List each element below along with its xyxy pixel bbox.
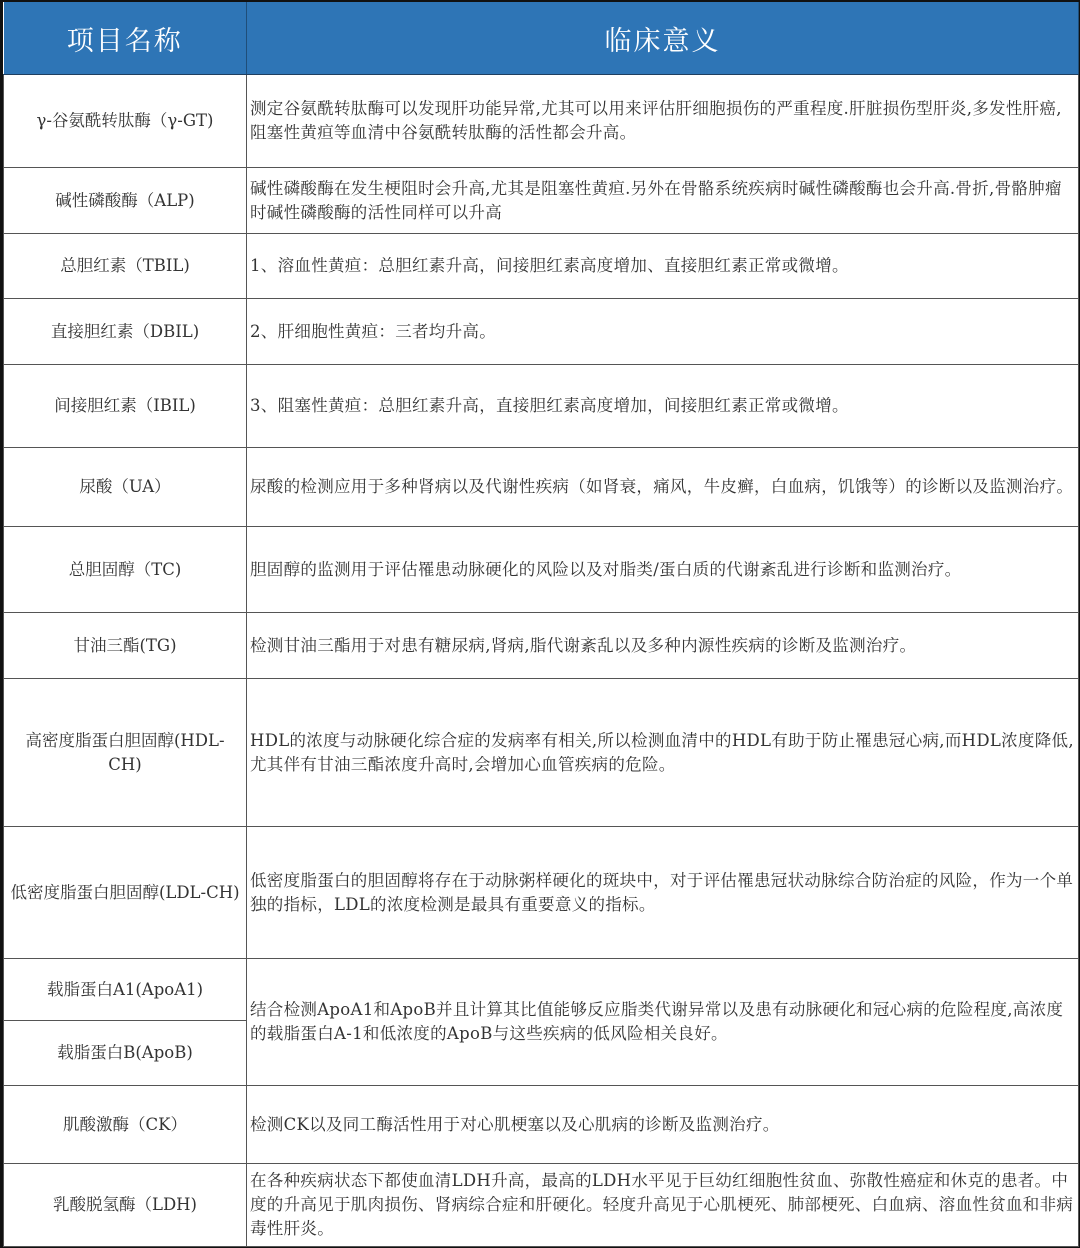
item-description: 3、阻塞性黄疸：总胆红素升高，直接胆红素高度增加，间接胆红素正常或微增。 bbox=[247, 365, 1079, 448]
item-name: 甘油三酯(TG) bbox=[4, 613, 247, 679]
item-name: 载脂蛋白B(ApoB) bbox=[4, 1021, 247, 1086]
item-name: 间接胆红素（IBIL) bbox=[4, 365, 247, 448]
item-description: 在各种疾病状态下都使血清LDH升高，最高的LDH水平见于巨幼红细胞性贫血、弥散性… bbox=[247, 1164, 1079, 1247]
table-row: 肌酸激酶（CK） 检测CK以及同工酶活性用于对心肌梗塞以及心肌病的诊断及监测治疗… bbox=[4, 1086, 1079, 1164]
item-name: 乳酸脱氢酶（LDH) bbox=[4, 1164, 247, 1247]
table-row: 甘油三酯(TG) 检测甘油三酯用于对患有糖尿病,肾病,脂代谢紊乱以及多种内源性疾… bbox=[4, 613, 1079, 679]
item-name: 高密度脂蛋白胆固醇(HDL-CH) bbox=[4, 679, 247, 827]
table-row: 间接胆红素（IBIL) 3、阻塞性黄疸：总胆红素升高，直接胆红素高度增加，间接胆… bbox=[4, 365, 1079, 448]
item-description: 1、溶血性黄疸：总胆红素升高，间接胆红素高度增加、直接胆红素正常或微增。 bbox=[247, 234, 1079, 299]
header-clinical-significance: 临床意义 bbox=[247, 2, 1079, 75]
table-row: 高密度脂蛋白胆固醇(HDL-CH) HDL的浓度与动脉硬化综合症的发病率有相关,… bbox=[4, 679, 1079, 827]
clinical-significance-table: 项目名称 临床意义 γ-谷氨酰转肽酶（γ-GT) 测定谷氨酰转肽酶可以发现肝功能… bbox=[3, 2, 1079, 1247]
item-description: 检测甘油三酯用于对患有糖尿病,肾病,脂代谢紊乱以及多种内源性疾病的诊断及监测治疗… bbox=[247, 613, 1079, 679]
item-description: 测定谷氨酰转肽酶可以发现肝功能异常,尤其可以用来评估肝细胞损伤的严重程度.肝脏损… bbox=[247, 75, 1079, 168]
item-name: γ-谷氨酰转肽酶（γ-GT) bbox=[4, 75, 247, 168]
item-name: 低密度脂蛋白胆固醇(LDL-CH) bbox=[4, 827, 247, 959]
item-description: 胆固醇的监测用于评估罹患动脉硬化的风险以及对脂类/蛋白质的代谢紊乱进行诊断和监测… bbox=[247, 527, 1079, 613]
item-description: HDL的浓度与动脉硬化综合症的发病率有相关,所以检测血清中的HDL有助于防止罹患… bbox=[247, 679, 1079, 827]
table-row: 碱性磷酸酶（ALP) 碱性磷酸酶在发生梗阻时会升高,尤其是阻塞性黄疸.另外在骨骼… bbox=[4, 168, 1079, 234]
item-name: 总胆固醇（TC) bbox=[4, 527, 247, 613]
table-row: 总胆红素（TBIL) 1、溶血性黄疸：总胆红素升高，间接胆红素高度增加、直接胆红… bbox=[4, 234, 1079, 299]
table-row: 总胆固醇（TC) 胆固醇的监测用于评估罹患动脉硬化的风险以及对脂类/蛋白质的代谢… bbox=[4, 527, 1079, 613]
table-header-row: 项目名称 临床意义 bbox=[4, 2, 1079, 75]
table-row: γ-谷氨酰转肽酶（γ-GT) 测定谷氨酰转肽酶可以发现肝功能异常,尤其可以用来评… bbox=[4, 75, 1079, 168]
item-description: 2、肝细胞性黄疸：三者均升高。 bbox=[247, 299, 1079, 365]
item-description: 尿酸的检测应用于多种肾病以及代谢性疾病（如肾衰，痛风，牛皮癣，白血病，饥饿等）的… bbox=[247, 448, 1079, 527]
table-row: 低密度脂蛋白胆固醇(LDL-CH) 低密度脂蛋白的胆固醇将存在于动脉粥样硬化的斑… bbox=[4, 827, 1079, 959]
item-name: 直接胆红素（DBIL) bbox=[4, 299, 247, 365]
item-name: 载脂蛋白A1(ApoA1) bbox=[4, 959, 247, 1021]
table-row: 直接胆红素（DBIL) 2、肝细胞性黄疸：三者均升高。 bbox=[4, 299, 1079, 365]
item-description: 低密度脂蛋白的胆固醇将存在于动脉粥样硬化的斑块中，对于评估罹患冠状动脉综合防治症… bbox=[247, 827, 1079, 959]
item-description: 结合检测ApoA1和ApoB并且计算其比值能够反应脂类代谢异常以及患有动脉硬化和… bbox=[247, 959, 1079, 1086]
item-name: 尿酸（UA） bbox=[4, 448, 247, 527]
header-item-name: 项目名称 bbox=[4, 2, 247, 75]
table-row: 载脂蛋白A1(ApoA1) 结合检测ApoA1和ApoB并且计算其比值能够反应脂… bbox=[4, 959, 1079, 1021]
item-name: 碱性磷酸酶（ALP) bbox=[4, 168, 247, 234]
item-description: 检测CK以及同工酶活性用于对心肌梗塞以及心肌病的诊断及监测治疗。 bbox=[247, 1086, 1079, 1164]
item-name: 肌酸激酶（CK） bbox=[4, 1086, 247, 1164]
item-description: 碱性磷酸酶在发生梗阻时会升高,尤其是阻塞性黄疸.另外在骨骼系统疾病时碱性磷酸酶也… bbox=[247, 168, 1079, 234]
table-row: 尿酸（UA） 尿酸的检测应用于多种肾病以及代谢性疾病（如肾衰，痛风，牛皮癣，白血… bbox=[4, 448, 1079, 527]
item-name: 总胆红素（TBIL) bbox=[4, 234, 247, 299]
table-row: 乳酸脱氢酶（LDH) 在各种疾病状态下都使血清LDH升高，最高的LDH水平见于巨… bbox=[4, 1164, 1079, 1247]
